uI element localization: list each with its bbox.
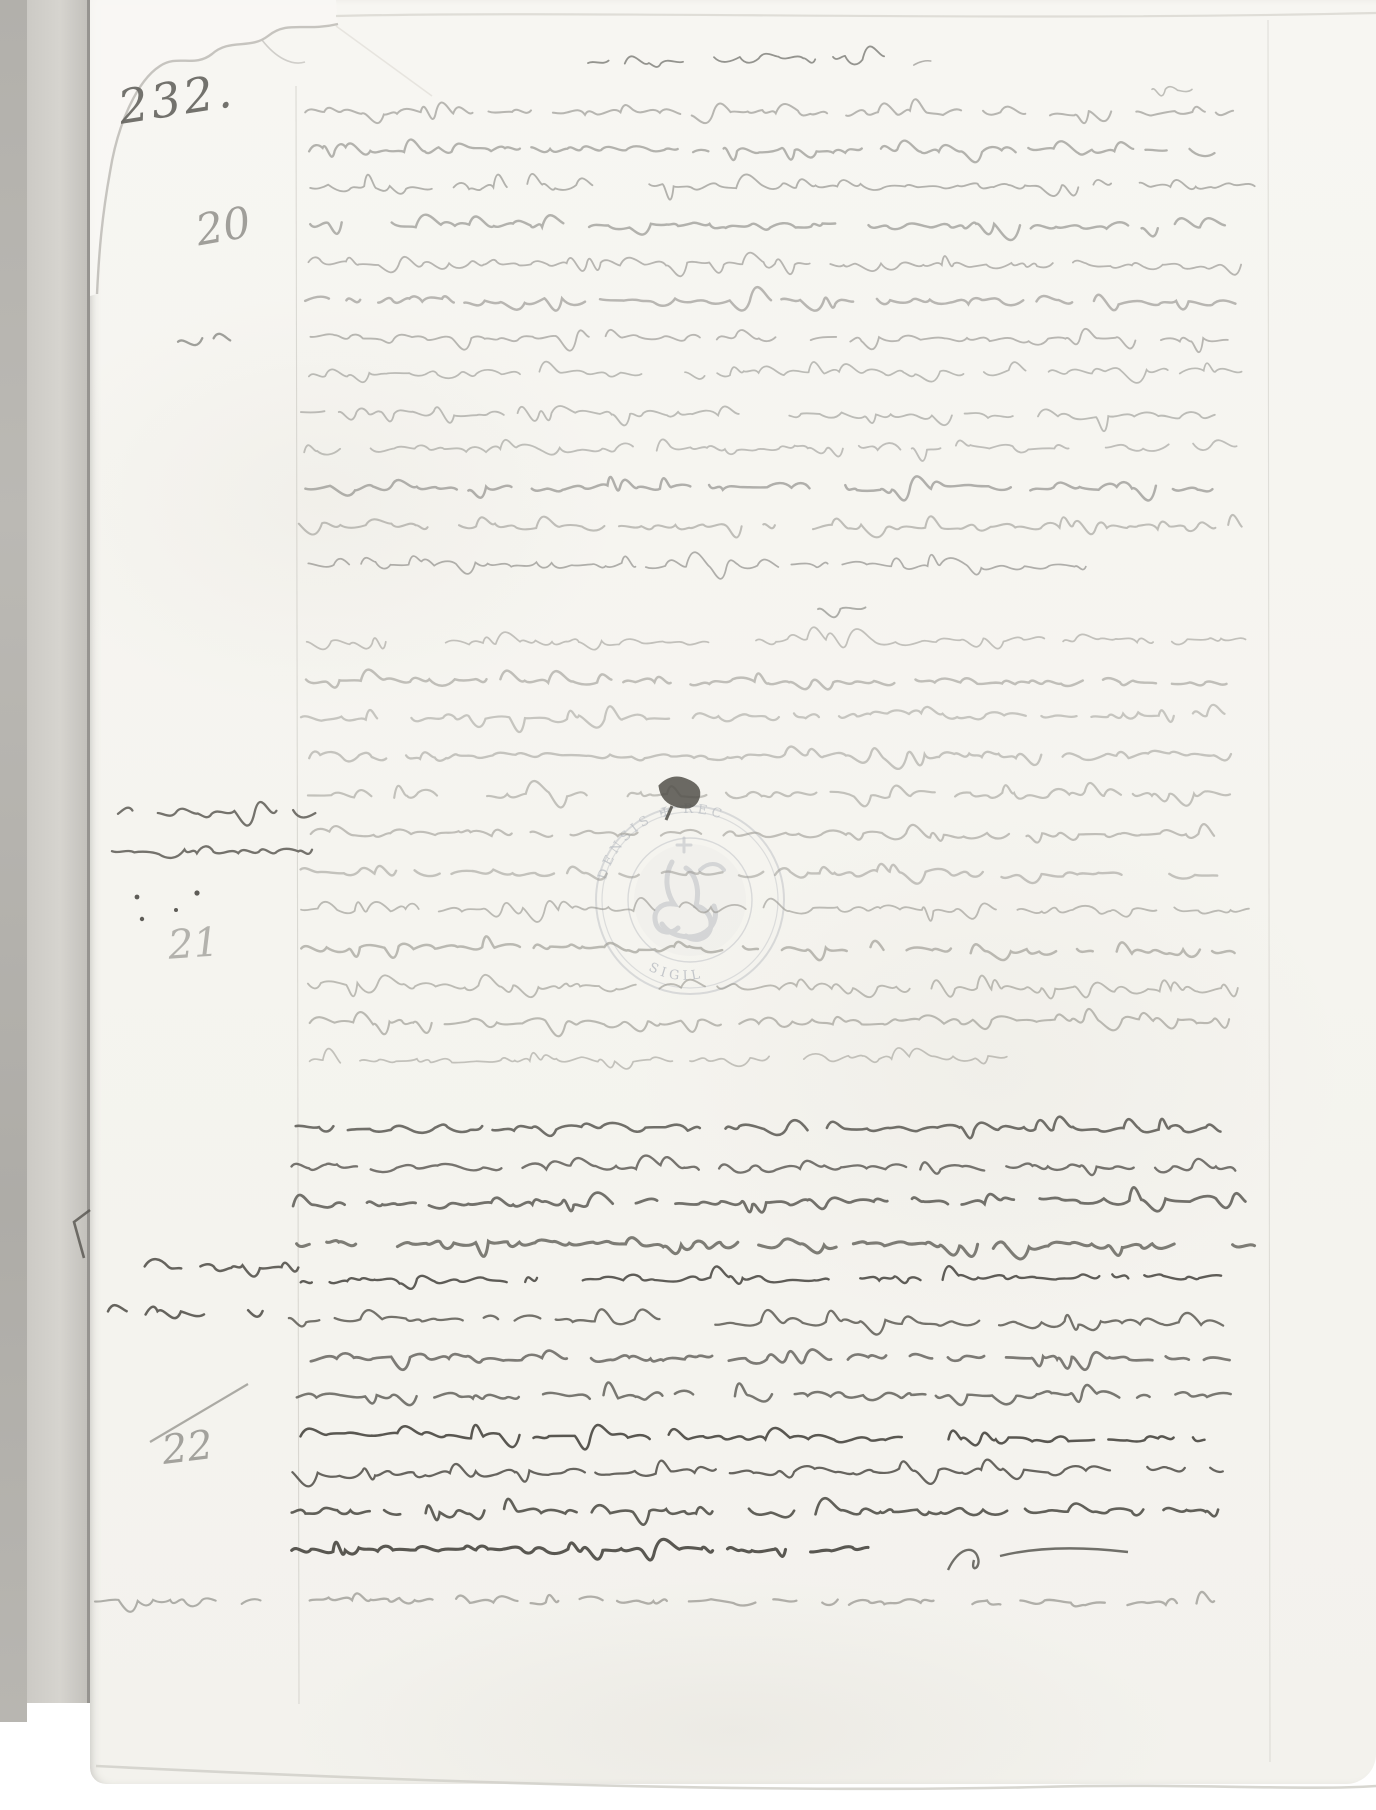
entry-4-first-line-handwriting (310, 1592, 1214, 1606)
header-dots (914, 61, 931, 65)
margin-name-line-2 (112, 846, 312, 858)
margin-name-line-1 (118, 802, 315, 826)
page-top-edge (336, 13, 1376, 16)
margin-bracket (74, 1210, 90, 1258)
entry-3-handwriting (289, 1117, 1255, 1560)
margin-office-line-1 (145, 1259, 299, 1276)
inter-entry-mark (818, 607, 866, 617)
torn-corner (90, 0, 432, 296)
margin-dots (135, 890, 200, 921)
handwriting-artwork: DENSIS ✠ REC SIGIL (0, 0, 1376, 1810)
margin-rule-right (1268, 20, 1270, 1762)
top-right-mark (1152, 87, 1192, 96)
margin-number-20: 20 (193, 202, 254, 254)
header-word-2 (714, 46, 884, 64)
margin-letter (178, 334, 230, 345)
entry3-end-flourish (948, 1548, 1128, 1570)
margin-office-line-2 (108, 1305, 263, 1318)
entry-2-handwriting (301, 627, 1249, 1069)
manuscript-scan: DENSIS ✠ REC SIGIL (0, 0, 1376, 1810)
margin-rule-left (296, 86, 299, 1704)
page-bottom-edge (96, 1766, 1376, 1789)
entry-1-handwriting (299, 99, 1255, 579)
margin-number-21: 21 (167, 922, 221, 965)
margin-bottom-word (95, 1598, 261, 1611)
handwriting-layer (95, 46, 1255, 1611)
margin-number-22: 22 (160, 1425, 215, 1471)
header-word-1 (588, 56, 683, 67)
